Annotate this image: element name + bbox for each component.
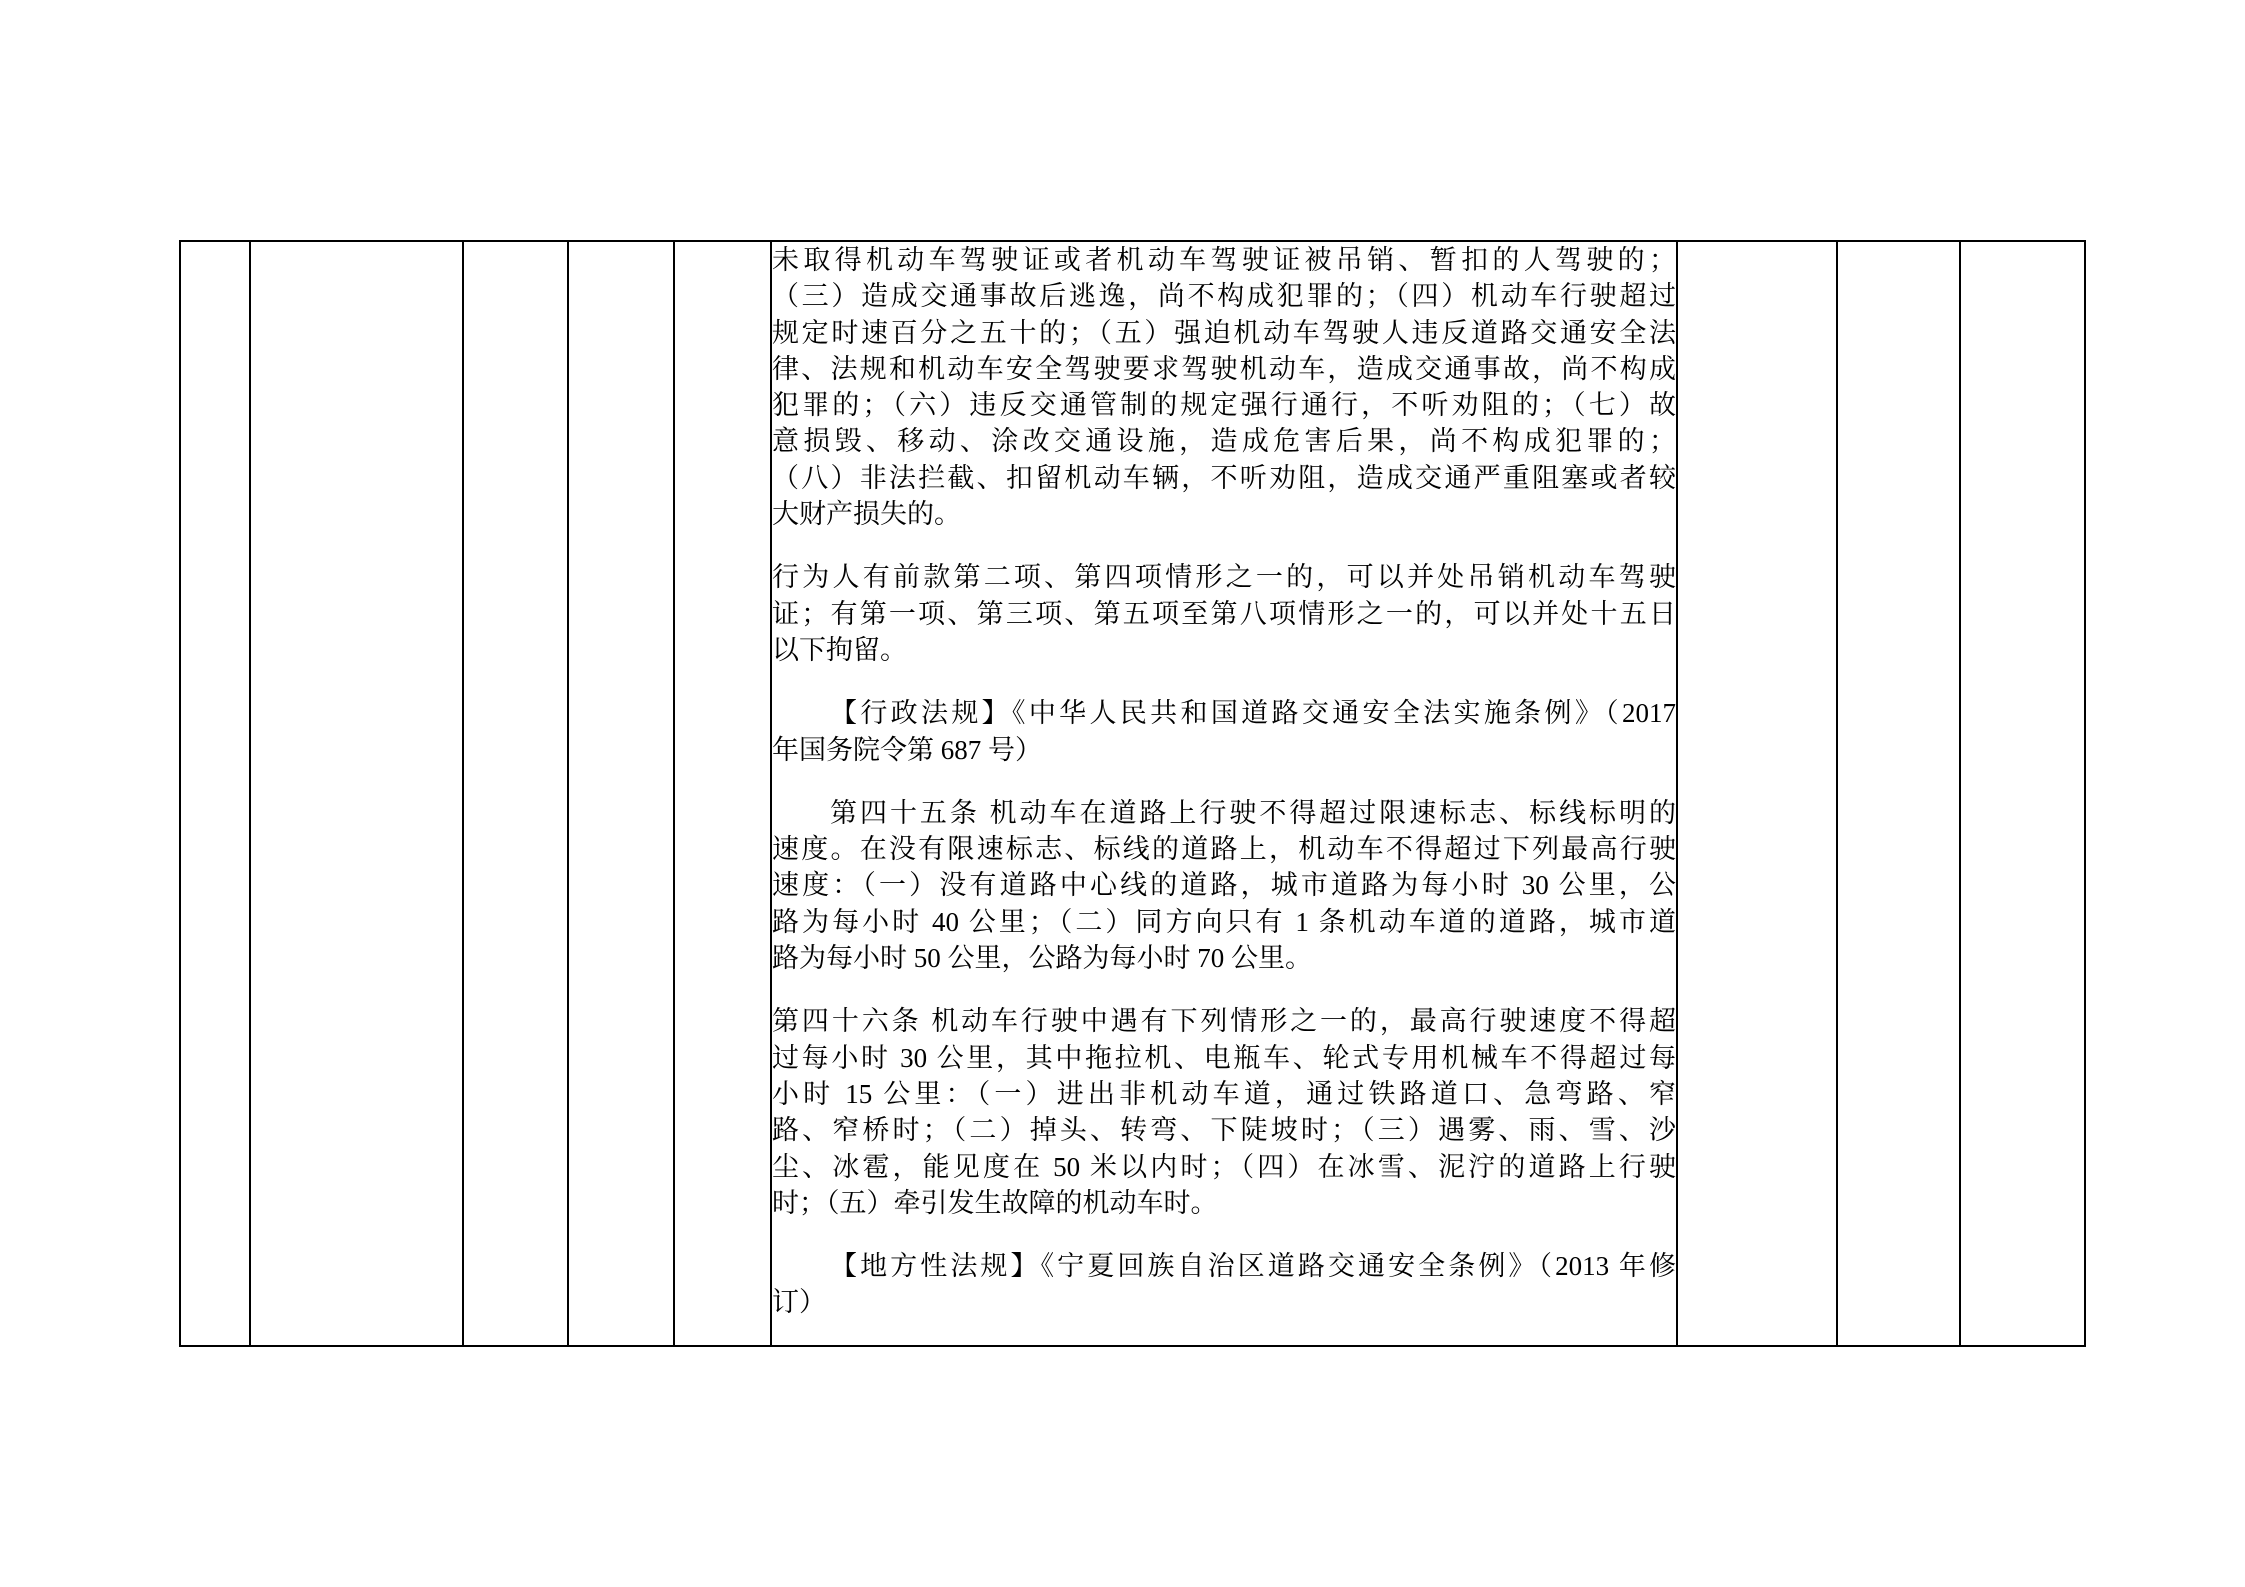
- text-line: 年国务院令第 687 号）: [772, 732, 1676, 768]
- text-line: 行为人有前款第二项、第四项情形之一的，可以并处吊销机动车驾驶: [772, 559, 1676, 595]
- text-line: 路、窄桥时；（二）掉头、转弯、下陡坡时；（三）遇雾、雨、雪、沙: [772, 1112, 1676, 1148]
- text-line: 以下拘留。: [772, 632, 1676, 668]
- empty-cell-4: [568, 241, 674, 1346]
- document-table: 未取得机动车驾驶证或者机动车驾驶证被吊销、暂扣的人驾驶的；（三）造成交通事故后逃…: [179, 240, 2086, 1347]
- empty-cell-2: [250, 241, 463, 1346]
- text-line: 犯罪的；（六）违反交通管制的规定强行通行，不听劝阻的；（七）故: [772, 387, 1676, 423]
- paragraph: 未取得机动车驾驶证或者机动车驾驶证被吊销、暂扣的人驾驶的；（三）造成交通事故后逃…: [772, 242, 1676, 532]
- document-page: 未取得机动车驾驶证或者机动车驾驶证被吊销、暂扣的人驾驶的；（三）造成交通事故后逃…: [0, 0, 2245, 1587]
- text-line: 速度：（一）没有道路中心线的道路，城市道路为每小时 30 公里，公: [772, 867, 1676, 903]
- text-line: 未取得机动车驾驶证或者机动车驾驶证被吊销、暂扣的人驾驶的；: [772, 242, 1676, 278]
- paragraph: 【地方性法规】《宁夏回族自治区道路交通安全条例》（2013 年修订）: [772, 1248, 1676, 1321]
- empty-cell-5: [674, 241, 771, 1346]
- text-line: 订）: [772, 1284, 1676, 1320]
- text-line: 路为每小时 40 公里；（二）同方向只有 1 条机动车道的道路，城市道: [772, 904, 1676, 940]
- text-line: 大财产损失的。: [772, 496, 1676, 532]
- paragraph: 行为人有前款第二项、第四项情形之一的，可以并处吊销机动车驾驶证；有第一项、第三项…: [772, 559, 1676, 668]
- text-line: 意损毁、移动、涂改交通设施，造成危害后果，尚不构成犯罪的；: [772, 423, 1676, 459]
- empty-cell-8: [1837, 241, 1960, 1346]
- text-line: 规定时速百分之五十的；（五）强迫机动车驾驶人违反道路交通安全法: [772, 315, 1676, 351]
- text-line: 小时 15 公里：（一）进出非机动车道，通过铁路道口、急弯路、窄: [772, 1076, 1676, 1112]
- text-line: 速度。在没有限速标志、标线的道路上，机动车不得超过下列最高行驶: [772, 831, 1676, 867]
- text-line: 路为每小时 50 公里，公路为每小时 70 公里。: [772, 940, 1676, 976]
- paragraph: 第四十六条 机动车行驶中遇有下列情形之一的，最高行驶速度不得超过每小时 30 公…: [772, 1003, 1676, 1221]
- text-line: 【地方性法规】《宁夏回族自治区道路交通安全条例》（2013 年修: [772, 1248, 1676, 1284]
- table-row: 未取得机动车驾驶证或者机动车驾驶证被吊销、暂扣的人驾驶的；（三）造成交通事故后逃…: [180, 241, 2085, 1346]
- text-line: 第四十六条 机动车行驶中遇有下列情形之一的，最高行驶速度不得超: [772, 1003, 1676, 1039]
- text-line: 过每小时 30 公里，其中拖拉机、电瓶车、轮式专用机械车不得超过每: [772, 1040, 1676, 1076]
- text-line: （三）造成交通事故后逃逸，尚不构成犯罪的；（四）机动车行驶超过: [772, 278, 1676, 314]
- text-line: （八）非法拦截、扣留机动车辆，不听劝阻，造成交通严重阻塞或者较: [772, 460, 1676, 496]
- text-line: 律、法规和机动车安全驾驶要求驾驶机动车，造成交通事故，尚不构成: [772, 351, 1676, 387]
- text-line: 时；（五）牵引发生故障的机动车时。: [772, 1185, 1676, 1221]
- empty-cell-1: [180, 241, 250, 1346]
- text-line: 尘、冰雹，能见度在 50 米以内时；（四）在冰雪、泥泞的道路上行驶: [772, 1149, 1676, 1185]
- empty-cell-9: [1960, 241, 2085, 1346]
- empty-cell-3: [463, 241, 568, 1346]
- text-line: 第四十五条 机动车在道路上行驶不得超过限速标志、标线标明的: [772, 795, 1676, 831]
- text-line: 证；有第一项、第三项、第五项至第八项情形之一的，可以并处十五日: [772, 596, 1676, 632]
- paragraph: 第四十五条 机动车在道路上行驶不得超过限速标志、标线标明的速度。在没有限速标志、…: [772, 795, 1676, 976]
- legal-text-cell: 未取得机动车驾驶证或者机动车驾驶证被吊销、暂扣的人驾驶的；（三）造成交通事故后逃…: [771, 241, 1677, 1346]
- legal-text-content: 未取得机动车驾驶证或者机动车驾驶证被吊销、暂扣的人驾驶的；（三）造成交通事故后逃…: [772, 242, 1676, 1321]
- empty-cell-7: [1677, 241, 1837, 1346]
- paragraph: 【行政法规】《中华人民共和国道路交通安全法实施条例》（2017年国务院令第 68…: [772, 695, 1676, 768]
- text-line: 【行政法规】《中华人民共和国道路交通安全法实施条例》（2017: [772, 695, 1676, 731]
